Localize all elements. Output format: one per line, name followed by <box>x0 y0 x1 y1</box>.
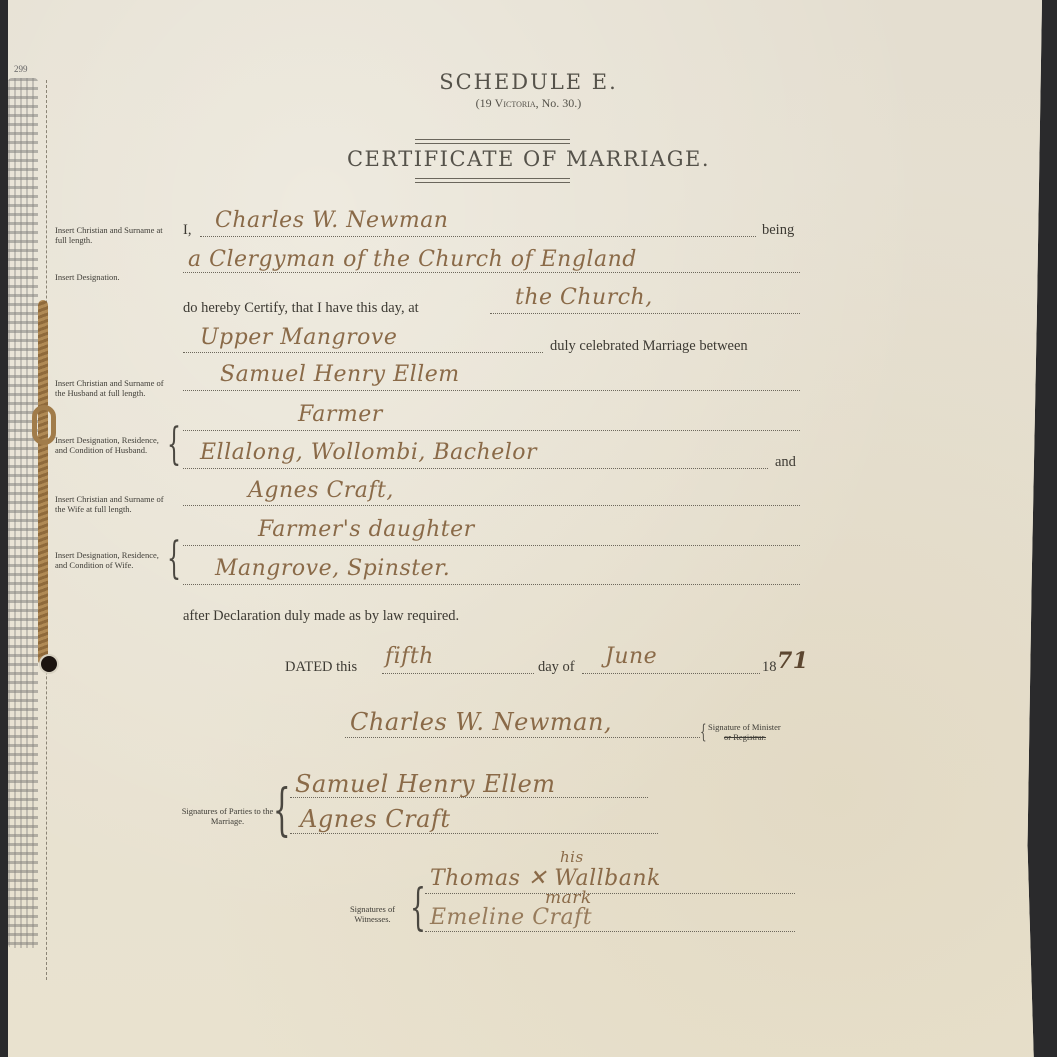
note-parties-signature: Signatures of Parties to the Marriage. <box>180 806 275 826</box>
ornamental-border <box>8 78 38 948</box>
brace-minister-sig: { <box>700 721 706 741</box>
field-line-wife-name <box>183 505 800 506</box>
hand-husband-signature: Samuel Henry Ellem <box>295 770 556 798</box>
hand-husband-name: Samuel Henry Ellem <box>220 362 460 387</box>
field-line-wife-occupation <box>183 545 800 546</box>
brace-parties: { <box>273 783 291 839</box>
brace-wife: { <box>167 537 181 581</box>
note-minister-name: Insert Christian and Surname at full len… <box>55 225 165 245</box>
binding-knot <box>32 405 56 445</box>
note-minister-signature: Signature of Minister or Registrar. <box>708 722 803 742</box>
note-minister-signature-line1: Signature of Minister <box>708 722 803 732</box>
field-line-husband-occupation <box>183 430 800 431</box>
label-dated-this: DATED this <box>285 659 357 676</box>
hand-minister-signature: Charles W. Newman, <box>350 708 612 736</box>
field-line-day <box>382 673 534 674</box>
field-line-month <box>582 673 760 674</box>
hand-day: fifth <box>385 644 434 669</box>
hand-husband-residence: Ellalong, Wollombi, Bachelor <box>200 440 537 465</box>
field-line-wife-signature <box>290 833 658 834</box>
binding-twine <box>38 300 48 665</box>
act-reference: (19 Victoria, No. 30.) <box>0 96 1057 111</box>
note-wife-name: Insert Christian and Surname of the Wife… <box>55 494 165 514</box>
field-line-place-2 <box>183 352 543 353</box>
hand-minister-name: Charles W. Newman <box>215 208 448 233</box>
label-year-prefix: 18 <box>762 659 777 676</box>
hand-wife-residence: Mangrove, Spinster. <box>215 556 450 581</box>
note-husband-name: Insert Christian and Surname of the Husb… <box>55 378 165 398</box>
note-wife-designation: Insert Designation, Residence, and Condi… <box>55 550 165 570</box>
field-line-witness-1 <box>425 893 795 894</box>
note-husband-designation: Insert Designation, Residence, and Condi… <box>55 435 165 455</box>
field-line-minister-signature <box>345 737 700 738</box>
act-prefix: (19 <box>476 96 495 110</box>
label-and: and <box>775 454 796 471</box>
note-witnesses-signature: Signatures of Witnesses. <box>335 904 410 924</box>
field-line-witness-2 <box>425 931 795 932</box>
binding-hole <box>41 656 57 672</box>
hand-place-1: the Church, <box>515 285 653 310</box>
hand-witness-1-his: his <box>560 848 584 866</box>
note-minister-signature-line2: or Registrar. <box>708 732 803 742</box>
hand-wife-name: Agnes Craft, <box>248 478 394 503</box>
hand-place-2: Upper Mangrove <box>200 325 397 350</box>
title-rule-bottom <box>415 178 570 183</box>
label-after-declaration: after Declaration duly made as by law re… <box>183 608 459 625</box>
brace-husband: { <box>167 423 181 467</box>
field-line-husband-residence <box>183 468 768 469</box>
label-being: being <box>762 222 794 239</box>
label-day-of: day of <box>538 659 575 676</box>
field-line-place-1 <box>490 313 800 314</box>
schedule-title: SCHEDULE E. <box>0 70 1057 94</box>
hand-husband-occupation: Farmer <box>298 402 383 427</box>
field-line-designation <box>183 272 800 273</box>
hand-month: June <box>605 644 657 669</box>
hand-designation: a Clergyman of the Church of England <box>188 247 637 272</box>
note-designation: Insert Designation. <box>55 272 165 282</box>
hand-wife-occupation: Farmer's daughter <box>258 517 475 542</box>
act-suffix: , No. 30.) <box>536 96 582 110</box>
field-line-minister <box>200 236 756 237</box>
label-i: I, <box>183 222 191 239</box>
field-line-husband-name <box>183 390 800 391</box>
certificate-title: CERTIFICATE OF MARRIAGE. <box>0 147 1057 171</box>
brace-witnesses: { <box>410 882 426 932</box>
field-line-wife-residence <box>183 584 800 585</box>
title-rule-top <box>415 139 570 144</box>
act-victoria: Victoria <box>495 96 536 110</box>
hand-witness-2: Emeline Craft <box>430 905 592 930</box>
label-duly-celebrated: duly celebrated Marriage between <box>550 338 748 355</box>
hand-year-suffix: 71 <box>777 648 809 674</box>
label-certify: do hereby Certify, that I have this day,… <box>183 300 419 317</box>
hand-wife-signature: Agnes Craft <box>300 805 450 833</box>
